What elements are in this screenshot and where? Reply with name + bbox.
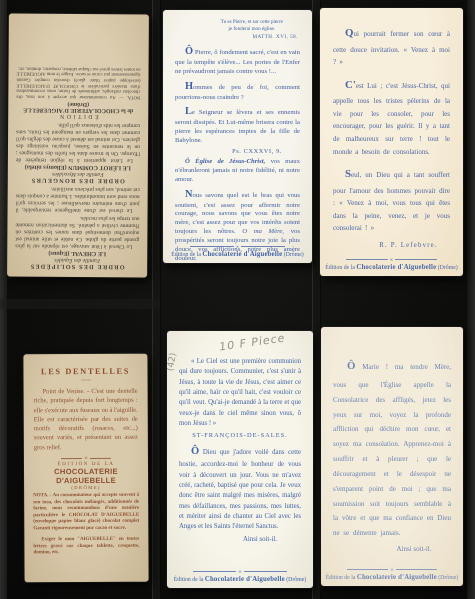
footer-post: (Drôme)	[438, 265, 458, 271]
edition-label: ÉDITION	[16, 113, 140, 120]
amen-line: Ainsi soit-il.	[333, 545, 451, 553]
footer-post: (Drôme)	[286, 577, 306, 583]
card-prayer-lefebvre: Qui pourrait fermer son cœur à cette dou…	[320, 8, 463, 276]
footer-post: (Drôme)	[284, 252, 304, 258]
author-signature: R. P. Lefebvre.	[333, 242, 450, 249]
publisher-footer: ∞ Édition de la Chocolaterie d'Aiguebell…	[321, 568, 463, 582]
publisher-line: de la CHOCOLATERIE D'AIGUEBELLE (Drôme)	[16, 101, 140, 114]
divider-rule: ∞	[346, 258, 438, 263]
publisher-name: Chocolaterie d'Aiguebelle	[356, 264, 436, 271]
footer-pre: Édition de la	[174, 577, 204, 583]
footer-post: (Drôme)	[438, 575, 458, 581]
order-heading: ORDRE DES SOLIPÈDES	[15, 263, 139, 271]
cards-photo-background: ORDRE DES SOLIPÈDES Famille des Équidés …	[0, 0, 475, 599]
paragraph: Point de Venise. - C'est une dentelle ri…	[32, 387, 140, 453]
publisher-name: Chocolaterie d'Aiguebelle	[357, 574, 437, 581]
card-content: Qui pourrait fermer son cœur à cette dou…	[320, 8, 463, 276]
paragraph: Le Lérot appartient à la région tempérée…	[16, 121, 140, 164]
binder-slot-line	[0, 299, 160, 309]
italic-phrase: O ma Mère,	[242, 228, 284, 235]
scroll-ornament: ∞	[82, 456, 89, 460]
card-natural-history-reversed: ORDRE DES SOLIPÈDES Famille des Équidés …	[7, 14, 149, 278]
card-title: LES DENTELLES	[31, 367, 139, 377]
paragraph: Seul, un Dieu qui a tant souffert pour l…	[333, 165, 450, 235]
divider-rule: ∞	[193, 570, 286, 575]
card-priere-a-marie: Ô Marie ! ma tendre Mère, vous que l'Égl…	[321, 327, 463, 586]
paragraph: Ô Pierre, ô fondement sacré, c'est en va…	[175, 45, 300, 77]
nota-fine-print: NOTA. — Au consommateur qui accepte à so…	[16, 64, 140, 99]
divider-rule: ∞	[190, 245, 285, 250]
publisher-name: Chocolaterie d'Aiguebelle	[205, 576, 285, 583]
card-premiere-communion: 10 F Piece (42) « Le Ciel est une premiè…	[167, 331, 313, 588]
scroll-ornament: ∞	[236, 570, 243, 575]
paragraph: Qui pourrait fermer son cœur à cette dou…	[333, 24, 450, 69]
paragraph: Hommes de peu de foi, comment pourrions-…	[175, 80, 300, 103]
publisher-location: (DRÔME)	[32, 485, 140, 491]
amen-line: Ainsi soit-il.	[179, 536, 301, 543]
publisher-footer: ∞ Édition de la Chocolaterie d'Aiguebell…	[320, 258, 463, 272]
paragraph: Ô Dieu que j'adore voilé dans cette host…	[179, 444, 301, 532]
paragraph: Le Seigneur se lèvera et ses ennemis ser…	[175, 105, 300, 146]
publisher-name: Chocolaterie d'Aiguebelle	[202, 251, 282, 258]
binder-right-edge	[467, 0, 475, 599]
paragraph: Le Cheval à l'état sauvage, est répandu …	[15, 214, 139, 250]
epigraph-line: Tu es Pierre, et sur cette pierre	[221, 19, 283, 25]
species-title: LE LÉROT COMMUN (Eliomys nitela)	[16, 164, 140, 172]
paragraph: Le cheval est d'une intelligence remarqu…	[16, 185, 140, 214]
publisher-name: CHOCOLATERIE D'AIGUEBELLE	[32, 467, 140, 486]
paragraph: C'est Lui ; c'est Jésus-Christ, qui appe…	[333, 76, 450, 158]
psalm-reference: Ps. CXXXVI, 9.	[175, 148, 300, 155]
publisher-footer: ∞ Édition de la Chocolaterie d'Aiguebell…	[163, 245, 312, 259]
card-content: LES DENTELLES ~~~~ Point de Venise. - C'…	[23, 354, 148, 573]
nota-fine-print: Exiger le nom "AIGUEBELLE" en toutes let…	[32, 537, 140, 557]
footer-pre: Édition de la	[171, 252, 201, 258]
footer-pre: Édition de la	[325, 265, 355, 271]
paragraph: « Le Ciel est une première communion qui…	[179, 357, 301, 429]
epigraph-line: je fonderai mon église.	[228, 26, 275, 32]
epigraph: Tu es Pierre, et sur cette pierre je fon…	[206, 19, 299, 41]
divider-rule: ∞	[61, 456, 111, 461]
squiggle-ornament: ~~~~	[32, 378, 140, 385]
author-signature: ST-FRANÇOIS-DE-SALES.	[179, 432, 301, 439]
card-les-dentelles: LES DENTELLES ~~~~ Point de Venise. - C'…	[23, 354, 148, 583]
scroll-ornament: ∞	[388, 568, 395, 573]
species-title: LE CHEVAL (Equus)	[15, 250, 139, 258]
card-prayer-pierre: Tu es Pierre, et sur cette pierre je fon…	[163, 10, 312, 263]
scroll-ornament: ∞	[234, 245, 241, 250]
card-content-rotated-180: ORDRE DES SOLIPÈDES Famille des Équidés …	[7, 14, 149, 278]
divider-rule: ∞	[347, 568, 438, 573]
italic-lead: Ô Église de Jésus-Christ,	[185, 158, 265, 165]
scripture-reference: MATTH. XVI, 58.	[206, 34, 299, 41]
footer-pre: Édition de la	[326, 575, 356, 581]
scroll-ornament: ∞	[388, 258, 395, 263]
card-content: Ô Marie ! ma tendre Mère, vous que l'Égl…	[321, 327, 463, 583]
paragraph: Ô Marie ! ma tendre Mère, vous que l'Égl…	[333, 355, 451, 541]
paragraph: Ô Église de Jésus-Christ, vos maux n'ébr…	[175, 158, 300, 185]
nota-fine-print: NOTA. - Au consommateur qui accepte souv…	[32, 493, 140, 533]
publisher-footer: ∞ Édition de la Chocolaterie d'Aiguebell…	[167, 570, 313, 584]
card-content: Tu es Pierre, et sur cette pierre je fon…	[163, 10, 312, 263]
card-content: « Le Ciel est une première communion qui…	[167, 331, 313, 569]
order-heading: ORDRE DES RONGEURS	[16, 177, 140, 185]
